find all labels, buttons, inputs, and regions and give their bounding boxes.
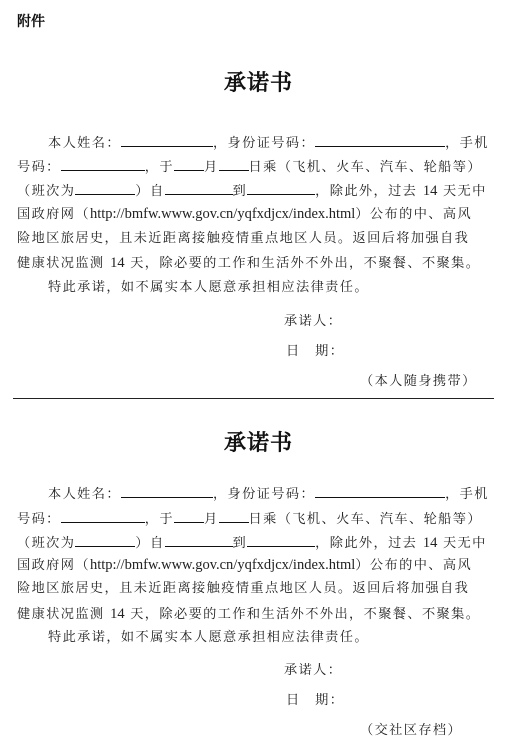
phone-label-a: ，手机 [445, 136, 489, 151]
phone-label-a: ，手机 [445, 487, 489, 502]
form-title: 承诺书 [0, 66, 517, 97]
attachment-label: 附件 [17, 11, 45, 31]
phone-blank[interactable] [61, 157, 145, 171]
phone-label-b: 号码： [17, 160, 61, 175]
line4-text-a: 国政府网（ [17, 207, 90, 222]
form-line-4: 国政府网（http://bmfw.www.gov.cn/yqfxdjcx/ind… [17, 557, 472, 574]
line6-text-a: 健康状况监测 [17, 607, 105, 622]
id-number-blank[interactable] [315, 133, 445, 147]
form-line-3: （班次为）自到，除此外，过去 14 天无中 [17, 533, 487, 552]
from-label: ）自 [135, 536, 164, 551]
promisor-label: 承诺人： [284, 659, 342, 678]
form-line-7: 特此承诺，如不属实本人愿意承担相应法律责任。 [48, 280, 369, 296]
name-label: 本人姓名： [48, 487, 121, 502]
line4-text-a: 国政府网（ [17, 558, 90, 573]
id-label: ，身份证号码： [213, 136, 315, 151]
line4-text-b: ）公布的中、高风 [355, 558, 472, 573]
name-blank[interactable] [121, 484, 213, 498]
from-label: ）自 [135, 184, 164, 199]
form-line-1: 本人姓名：，身份证号码：，手机 [48, 133, 489, 152]
to-label: 到 [233, 536, 248, 551]
line6-text-b: 天，除必要的工作和生活外不外出，不聚餐、不聚集。 [130, 607, 480, 622]
days-number: 14 [423, 183, 438, 199]
promisor-label: 承诺人： [284, 310, 342, 329]
no-label: 天无中 [443, 184, 487, 199]
form-line-5: 险地区旅居史，且未近距离接触疫情重点地区人员。返回后将加强自我 [17, 581, 469, 597]
month-label: 月 [204, 160, 219, 175]
phone-blank[interactable] [61, 509, 145, 523]
trip-label: （班次为 [17, 536, 75, 551]
form-line-6: 健康状况监测 14 天，除必要的工作和生活外不外出，不聚餐、不聚集。 [17, 255, 480, 272]
days-number: 14 [110, 255, 125, 271]
date-label: 日 期： [286, 340, 344, 359]
days-number: 14 [423, 535, 438, 551]
on-label: ，于 [145, 160, 174, 175]
from-place-blank[interactable] [165, 181, 233, 195]
name-blank[interactable] [121, 133, 213, 147]
trip-number-blank[interactable] [75, 181, 135, 195]
trip-number-blank[interactable] [75, 533, 135, 547]
form-line-4: 国政府网（http://bmfw.www.gov.cn/yqfxdjcx/ind… [17, 206, 472, 223]
day-blank[interactable] [219, 509, 249, 523]
name-label: 本人姓名： [48, 136, 121, 151]
cut-line-divider [13, 398, 494, 399]
form-title: 承诺书 [0, 426, 517, 457]
id-label: ，身份证号码： [213, 487, 315, 502]
except-label: ，除此外，过去 [315, 536, 417, 551]
carry-note: （本人随身携带） [360, 370, 477, 389]
form-line-2: 号码：，于月日乘（飞机、火车、汽车、轮船等） [17, 509, 482, 528]
transport-label: 日乘（飞机、火车、汽车、轮船等） [249, 512, 482, 527]
day-blank[interactable] [219, 157, 249, 171]
line6-text-a: 健康状况监测 [17, 256, 105, 271]
website-link[interactable]: http://bmfw.www.gov.cn/yqfxdjcx/index.ht… [90, 557, 355, 573]
month-blank[interactable] [174, 509, 204, 523]
month-label: 月 [204, 512, 219, 527]
website-link[interactable]: http://bmfw.www.gov.cn/yqfxdjcx/index.ht… [90, 206, 355, 222]
line4-text-b: ）公布的中、高风 [355, 207, 472, 222]
form-line-1: 本人姓名：，身份证号码：，手机 [48, 484, 489, 503]
id-number-blank[interactable] [315, 484, 445, 498]
form-line-2: 号码：，于月日乘（飞机、火车、汽车、轮船等） [17, 157, 482, 176]
days-number: 14 [110, 606, 125, 622]
date-label: 日 期： [286, 689, 344, 708]
except-label: ，除此外，过去 [315, 184, 417, 199]
line6-text-b: 天，除必要的工作和生活外不外出，不聚餐、不聚集。 [130, 256, 480, 271]
phone-label-b: 号码： [17, 512, 61, 527]
to-label: 到 [233, 184, 248, 199]
month-blank[interactable] [174, 157, 204, 171]
form-line-5: 险地区旅居史，且未近距离接触疫情重点地区人员。返回后将加强自我 [17, 231, 469, 247]
on-label: ，于 [145, 512, 174, 527]
transport-label: 日乘（飞机、火车、汽车、轮船等） [249, 160, 482, 175]
from-place-blank[interactable] [165, 533, 233, 547]
to-place-blank[interactable] [247, 181, 315, 195]
form-line-7: 特此承诺，如不属实本人愿意承担相应法律责任。 [48, 630, 369, 646]
form-line-6: 健康状况监测 14 天，除必要的工作和生活外不外出，不聚餐、不聚集。 [17, 606, 480, 623]
form-line-3: （班次为）自到，除此外，过去 14 天无中 [17, 181, 487, 200]
no-label: 天无中 [443, 536, 487, 551]
trip-label: （班次为 [17, 184, 75, 199]
archive-note: （交社区存档） [360, 719, 462, 738]
to-place-blank[interactable] [247, 533, 315, 547]
